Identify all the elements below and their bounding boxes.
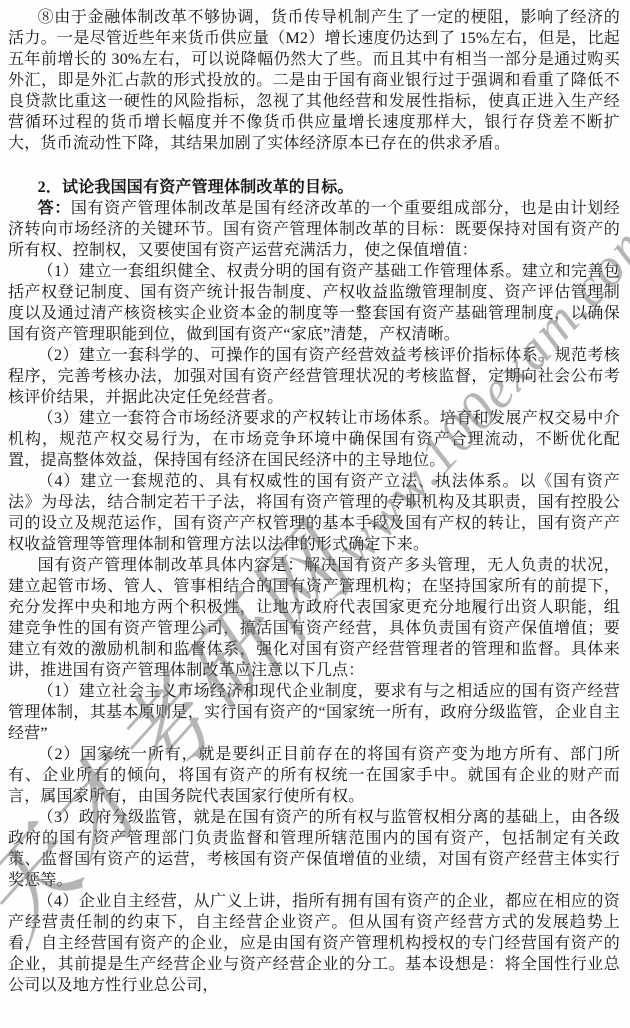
goal-item-2-paragraph: （2）建立一套科学的、可操作的国有资产经营效益考核评价指标体系。规范考核程序，完…	[8, 345, 620, 408]
scanned-document-page: ⑧由于金融体制改革不够协调，货币传导机制产生了一定的梗阻，影响了经济的活力。一是…	[0, 0, 630, 1028]
note-item-3-paragraph: （3）政府分级监管，就是在国有资产的所有权与监管权相分离的基础上，由各级政府的国…	[8, 807, 620, 891]
goal-item-4-paragraph: （4）建立一套规范的、具有权威性的国有资产立法、执法体系。以《国有资产法》为母法…	[8, 471, 620, 555]
answer-prefix-label: 答：	[38, 200, 71, 217]
document-text-block: ⑧由于金融体制改革不够协调，货币传导机制产生了一定的梗阻，影响了经济的活力。一是…	[0, 0, 630, 996]
answer-paragraph: 答：国有资产管理体制改革是国有经济改革的一个重要组成部分，也是由计划经济转向市场…	[8, 198, 620, 261]
paragraph-financial-reform-item8: ⑧由于金融体制改革不够协调，货币传导机制产生了一定的梗阻，影响了经济的活力。一是…	[8, 7, 620, 154]
answer-intro-text: 国有资产管理体制改革是国有经济改革的一个重要组成部分，也是由计划经济转向市场经济…	[8, 200, 620, 259]
note-item-2-paragraph: （2）国家统一所有，就是要纠正目前存在的将国有资产变为地方所有、部门所有、企业所…	[8, 744, 620, 807]
note-item-4-paragraph: （4）企业自主经营，从广义上讲，指所有拥有国有资产的企业，都应在相应的资产经营责…	[8, 891, 620, 996]
reform-content-paragraph: 国有资产管理体制改革具体内容是：解决国有资产多头管理，无人负责的状况，建立起管市…	[8, 555, 620, 681]
goal-item-3-paragraph: （3）建立一套符合市场经济要求的产权转让市场体系。培育和发展产权交易中介机构，规…	[8, 408, 620, 471]
question-2-heading: 2．试论我国国有资产管理体制改革的目标。	[8, 177, 620, 198]
goal-item-1-paragraph: （1）建立一套组织健全、权责分明的国有资产基础工作管理体系。建立和完善包括产权登…	[8, 261, 620, 345]
note-item-1-paragraph: （1）建立社会主义市场经济和现代企业制度，要求有与之相适应的国有资产经营管理体制…	[8, 681, 620, 744]
